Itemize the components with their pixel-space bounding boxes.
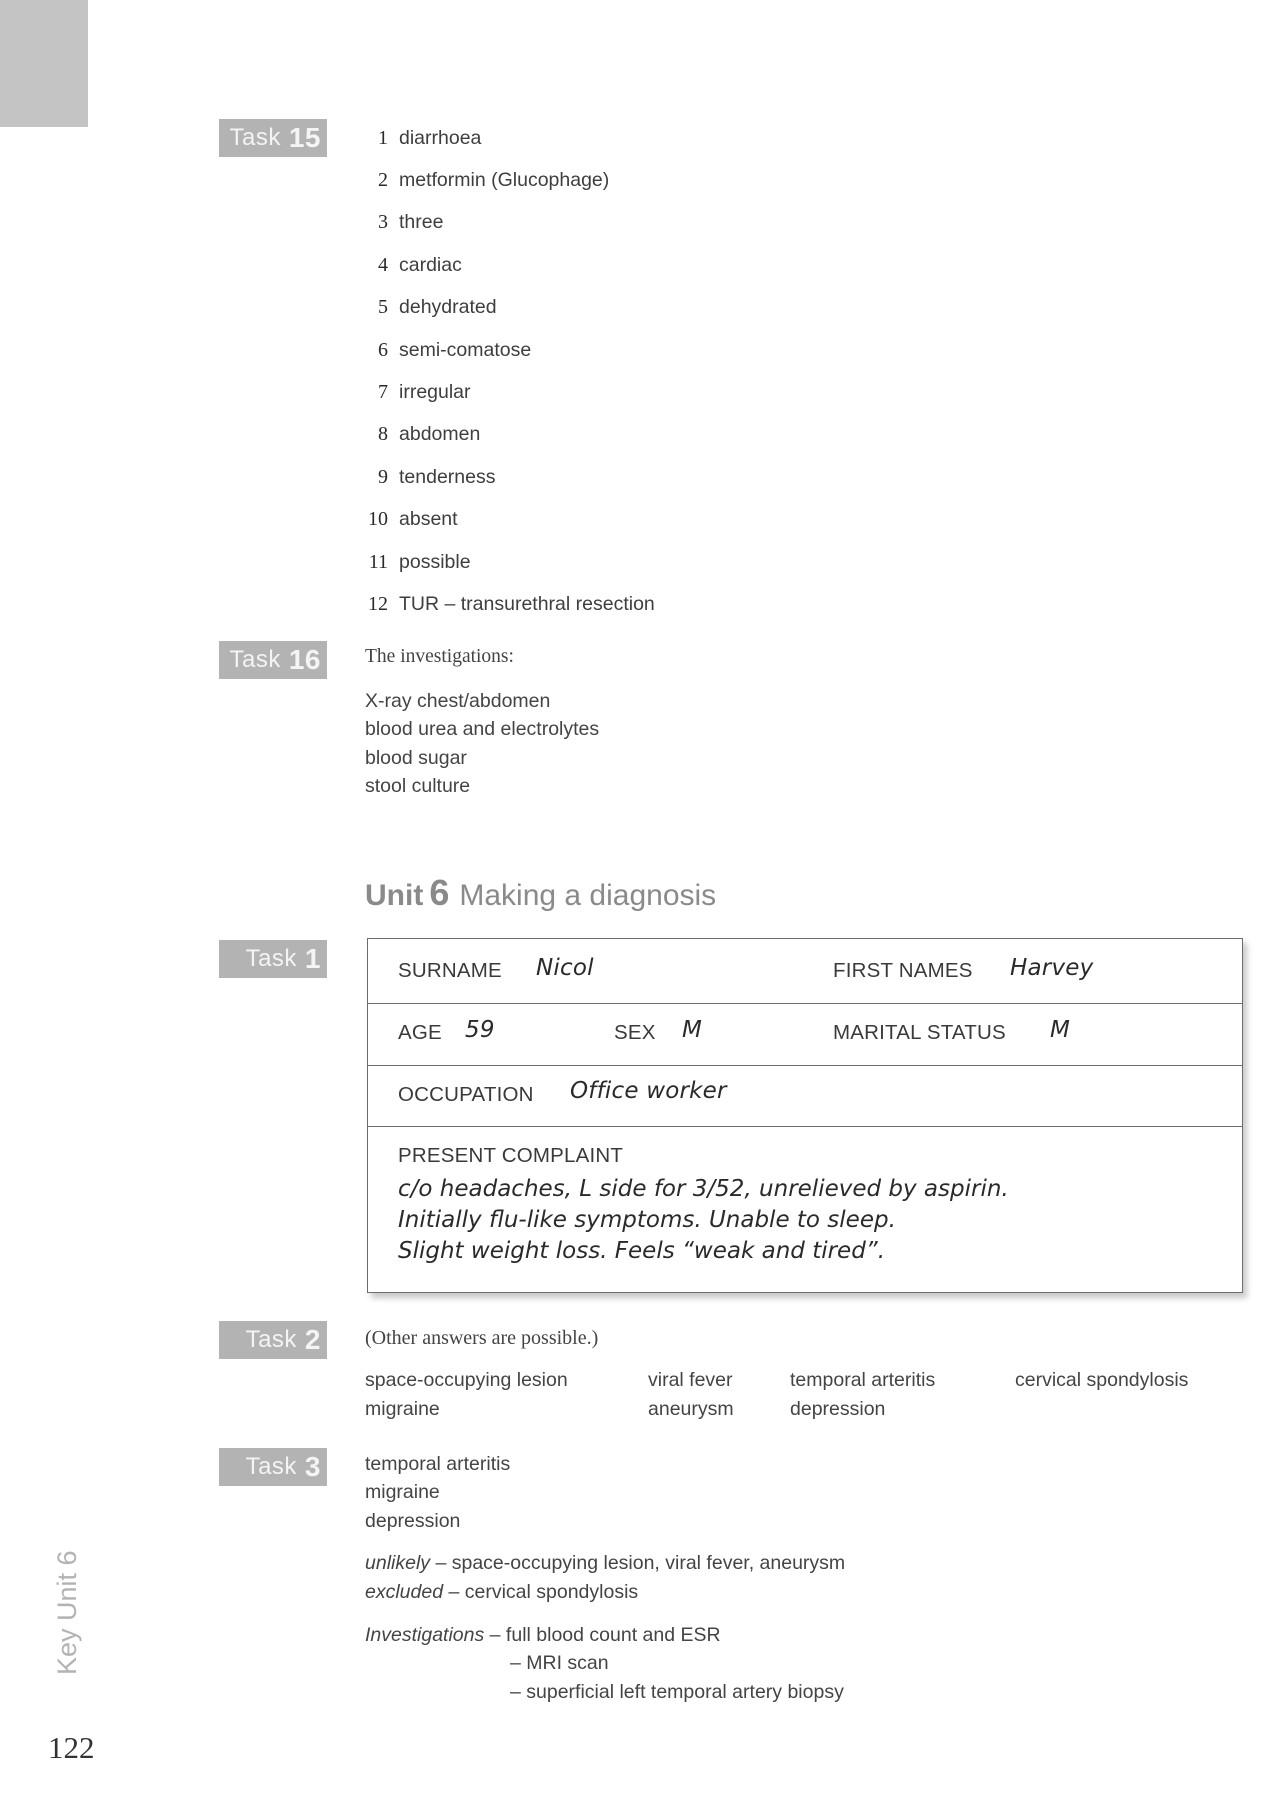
marital-status-value: M bbox=[1050, 1017, 1070, 1043]
excluded-text: – cervical spondylosis bbox=[443, 1581, 638, 1603]
unlikely-text: – space-occupying lesion, viral fever, a… bbox=[430, 1552, 845, 1574]
answer-item: 11possible bbox=[350, 547, 471, 577]
marital-status-label: MARITAL STATUS bbox=[833, 1021, 1006, 1045]
complaint-line: Initially flu-like symptoms. Unable to s… bbox=[398, 1205, 1009, 1236]
answer-item: 10absent bbox=[350, 505, 458, 535]
task-word: Task bbox=[246, 945, 297, 973]
unlikely-line: unlikely – space-occupying lesion, viral… bbox=[365, 1552, 845, 1575]
task-number: 1 bbox=[305, 943, 321, 975]
first-names-value: Harvey bbox=[1010, 955, 1093, 981]
likely-diagnosis: temporal arteritis bbox=[365, 1453, 510, 1476]
first-names-label: FIRST NAMES bbox=[833, 959, 973, 983]
diagnosis-option: migraine bbox=[365, 1398, 440, 1421]
task-number: 16 bbox=[289, 644, 321, 676]
answer-item: 8abdomen bbox=[350, 420, 480, 450]
task-1-label: Task 1 bbox=[219, 940, 327, 978]
answer-number: 8 bbox=[350, 423, 388, 446]
excluded-label: excluded bbox=[365, 1581, 443, 1603]
answer-item: 7irregular bbox=[350, 377, 471, 407]
page-number: 122 bbox=[48, 1730, 95, 1766]
investigation-line: stool culture bbox=[365, 775, 470, 798]
running-side-label: Key Unit 6 bbox=[52, 1550, 83, 1675]
age-value: 59 bbox=[465, 1017, 495, 1043]
investigations-line: Investigations – full blood count and ES… bbox=[365, 1624, 721, 1647]
answer-text: semi-comatose bbox=[399, 339, 531, 362]
form-row-complaint: PRESENT COMPLAINT c/o headaches, L side … bbox=[368, 1126, 1242, 1291]
answer-item: 2metformin (Glucophage) bbox=[350, 165, 609, 195]
answer-number: 6 bbox=[350, 339, 388, 362]
diagnosis-option: temporal arteritis bbox=[790, 1369, 935, 1392]
patient-record-form: SURNAME Nicol FIRST NAMES Harvey AGE 59 … bbox=[367, 938, 1243, 1293]
answer-number: 3 bbox=[350, 211, 388, 234]
complaint-line: c/o headaches, L side for 3/52, unreliev… bbox=[398, 1174, 1009, 1205]
answer-text: metformin (Glucophage) bbox=[399, 169, 609, 192]
task-3-label: Task 3 bbox=[219, 1448, 327, 1486]
surname-label: SURNAME bbox=[398, 959, 502, 983]
task-15-label: Task 15 bbox=[219, 119, 327, 157]
task-2-note: (Other answers are possible.) bbox=[365, 1327, 598, 1350]
answer-number: 11 bbox=[350, 551, 388, 574]
task-number: 3 bbox=[305, 1451, 321, 1483]
unit-word: Unit bbox=[365, 879, 423, 912]
task-word: Task bbox=[229, 646, 280, 674]
form-row-names: SURNAME Nicol FIRST NAMES Harvey bbox=[368, 939, 1242, 1004]
task-number: 15 bbox=[289, 122, 321, 154]
form-row-demographics: AGE 59 SEX M MARITAL STATUS M bbox=[368, 1003, 1242, 1066]
investigations-label: Investigations bbox=[365, 1624, 484, 1646]
complaint-line: Slight weight loss. Feels “weak and tire… bbox=[398, 1236, 1009, 1267]
occupation-label: OCCUPATION bbox=[398, 1083, 534, 1107]
sex-value: M bbox=[682, 1017, 702, 1043]
answer-text: irregular bbox=[399, 381, 471, 404]
answer-number: 10 bbox=[350, 508, 388, 531]
investigation-item: – MRI scan bbox=[510, 1652, 609, 1675]
answer-text: TUR – transurethral resection bbox=[399, 593, 655, 616]
task-16-label: Task 16 bbox=[219, 641, 327, 679]
answer-item: 9tenderness bbox=[350, 462, 495, 492]
diagnosis-option: space-occupying lesion bbox=[365, 1369, 568, 1392]
answer-number: 2 bbox=[350, 169, 388, 192]
present-complaint-label: PRESENT COMPLAINT bbox=[398, 1144, 623, 1168]
diagnosis-option: depression bbox=[790, 1398, 885, 1421]
answer-text: dehydrated bbox=[399, 296, 497, 319]
answer-text: cardiac bbox=[399, 254, 462, 277]
present-complaint-notes: c/o headaches, L side for 3/52, unreliev… bbox=[398, 1174, 1009, 1267]
answer-number: 12 bbox=[350, 593, 388, 616]
diagnosis-option: cervical spondylosis bbox=[1015, 1369, 1188, 1392]
unit-title: Making a diagnosis bbox=[459, 879, 716, 912]
investigation-line: X-ray chest/abdomen bbox=[365, 690, 550, 713]
chapter-tab-marker bbox=[0, 0, 88, 127]
answer-number: 9 bbox=[350, 466, 388, 489]
task-word: Task bbox=[246, 1453, 297, 1481]
answer-text: diarrhoea bbox=[399, 127, 481, 150]
task-2-label: Task 2 bbox=[219, 1321, 327, 1359]
investigation-line: blood urea and electrolytes bbox=[365, 718, 599, 741]
likely-diagnosis: depression bbox=[365, 1510, 460, 1533]
answer-text: tenderness bbox=[399, 466, 495, 489]
answer-item: 12TUR – transurethral resection bbox=[350, 589, 655, 619]
occupation-value: Office worker bbox=[570, 1078, 727, 1104]
answer-text: abdomen bbox=[399, 423, 480, 446]
unlikely-label: unlikely bbox=[365, 1552, 430, 1574]
diagnosis-option: viral fever bbox=[648, 1369, 733, 1392]
age-label: AGE bbox=[398, 1021, 442, 1045]
task-16-heading: The investigations: bbox=[365, 646, 514, 668]
answer-number: 7 bbox=[350, 381, 388, 404]
investigation-line: blood sugar bbox=[365, 747, 467, 770]
sex-label: SEX bbox=[614, 1021, 656, 1045]
investigation-item: – superficial left temporal artery biops… bbox=[510, 1681, 844, 1704]
surname-value: Nicol bbox=[536, 955, 594, 981]
likely-diagnosis: migraine bbox=[365, 1481, 440, 1504]
form-row-occupation: OCCUPATION Office worker bbox=[368, 1065, 1242, 1127]
task-word: Task bbox=[246, 1326, 297, 1354]
task-number: 2 bbox=[305, 1324, 321, 1356]
answer-item: 3three bbox=[350, 208, 443, 238]
diagnosis-option: aneurysm bbox=[648, 1398, 734, 1421]
answer-item: 4cardiac bbox=[350, 250, 462, 280]
answer-item: 6semi-comatose bbox=[350, 335, 531, 365]
answer-item: 5dehydrated bbox=[350, 293, 497, 323]
answer-number: 4 bbox=[350, 254, 388, 277]
task-word: Task bbox=[229, 124, 280, 152]
investigation-item: – full blood count and ESR bbox=[484, 1624, 720, 1646]
answer-number: 1 bbox=[350, 127, 388, 150]
answer-item: 1diarrhoea bbox=[350, 123, 481, 153]
excluded-line: excluded – cervical spondylosis bbox=[365, 1581, 638, 1604]
answer-text: absent bbox=[399, 508, 458, 531]
answer-number: 5 bbox=[350, 296, 388, 319]
answer-text: three bbox=[399, 211, 443, 234]
answer-text: possible bbox=[399, 551, 471, 574]
unit-number: 6 bbox=[429, 872, 449, 913]
unit-heading: Unit6Making a diagnosis bbox=[365, 872, 716, 914]
